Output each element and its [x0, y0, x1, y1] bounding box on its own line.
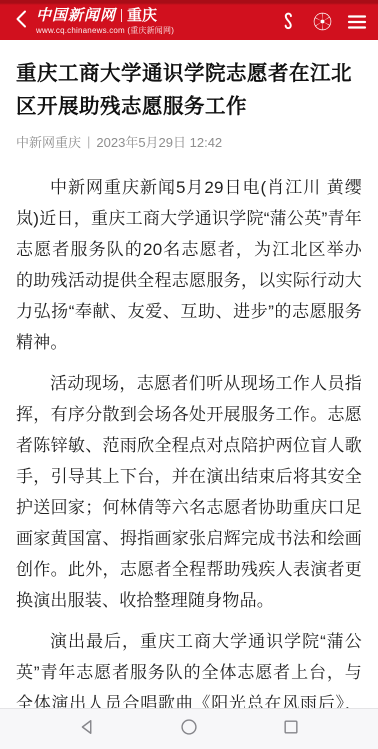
menu-icon[interactable] [346, 11, 368, 33]
byline-separator: | [87, 134, 90, 149]
android-nav-bar [0, 708, 378, 749]
site-url: www.cq.chinanews.com (重庆新闻网) [36, 25, 276, 36]
paragraph: 活动现场，志愿者们听从现场工作人员指挥，有序分散到会场各处开展服务工作。志愿者陈… [16, 368, 362, 616]
nav-recents-button[interactable] [279, 717, 303, 741]
byline-datetime: 2023年5月29日 12:42 [96, 132, 222, 151]
mobile-screen: 中国新闻网 重庆 www.cq.chinanews.com (重庆新闻网) [0, 0, 378, 749]
article-body: 中新网重庆新闻5月29日电(肖江川 黄缨岚)近日，重庆工商大学通识学院“蒲公英”… [16, 172, 362, 749]
article: 重庆工商大学通识学院志愿者在江北区开展助残志愿服务工作 中新网重庆 | 2023… [0, 40, 378, 749]
logo-region: 重庆 [127, 7, 157, 24]
header-actions [276, 11, 368, 33]
byline: 中新网重庆 | 2023年5月29日 12:42 [16, 132, 362, 151]
triangle-left-icon [77, 717, 97, 742]
share-icon[interactable] [276, 11, 298, 33]
article-title: 重庆工商大学通识学院志愿者在江北区开展助残志愿服务工作 [16, 57, 362, 123]
circle-icon [179, 717, 199, 742]
aperture-shutter-icon[interactable] [311, 11, 333, 33]
logo-divider [121, 9, 122, 22]
nav-home-button[interactable] [177, 717, 201, 741]
paragraph: 中新网重庆新闻5月29日电(肖江川 黄缨岚)近日，重庆工商大学通识学院“蒲公英”… [16, 172, 362, 358]
site-header: 中国新闻网 重庆 www.cq.chinanews.com (重庆新闻网) [0, 0, 378, 40]
logo-wordmark: 中国新闻网 [36, 7, 116, 24]
square-icon [281, 717, 301, 742]
byline-source: 中新网重庆 [16, 132, 81, 151]
back-button[interactable] [8, 7, 34, 37]
chevron-left-icon [15, 10, 27, 33]
site-logo[interactable]: 中国新闻网 重庆 www.cq.chinanews.com (重庆新闻网) [36, 7, 276, 36]
nav-back-button[interactable] [75, 717, 99, 741]
